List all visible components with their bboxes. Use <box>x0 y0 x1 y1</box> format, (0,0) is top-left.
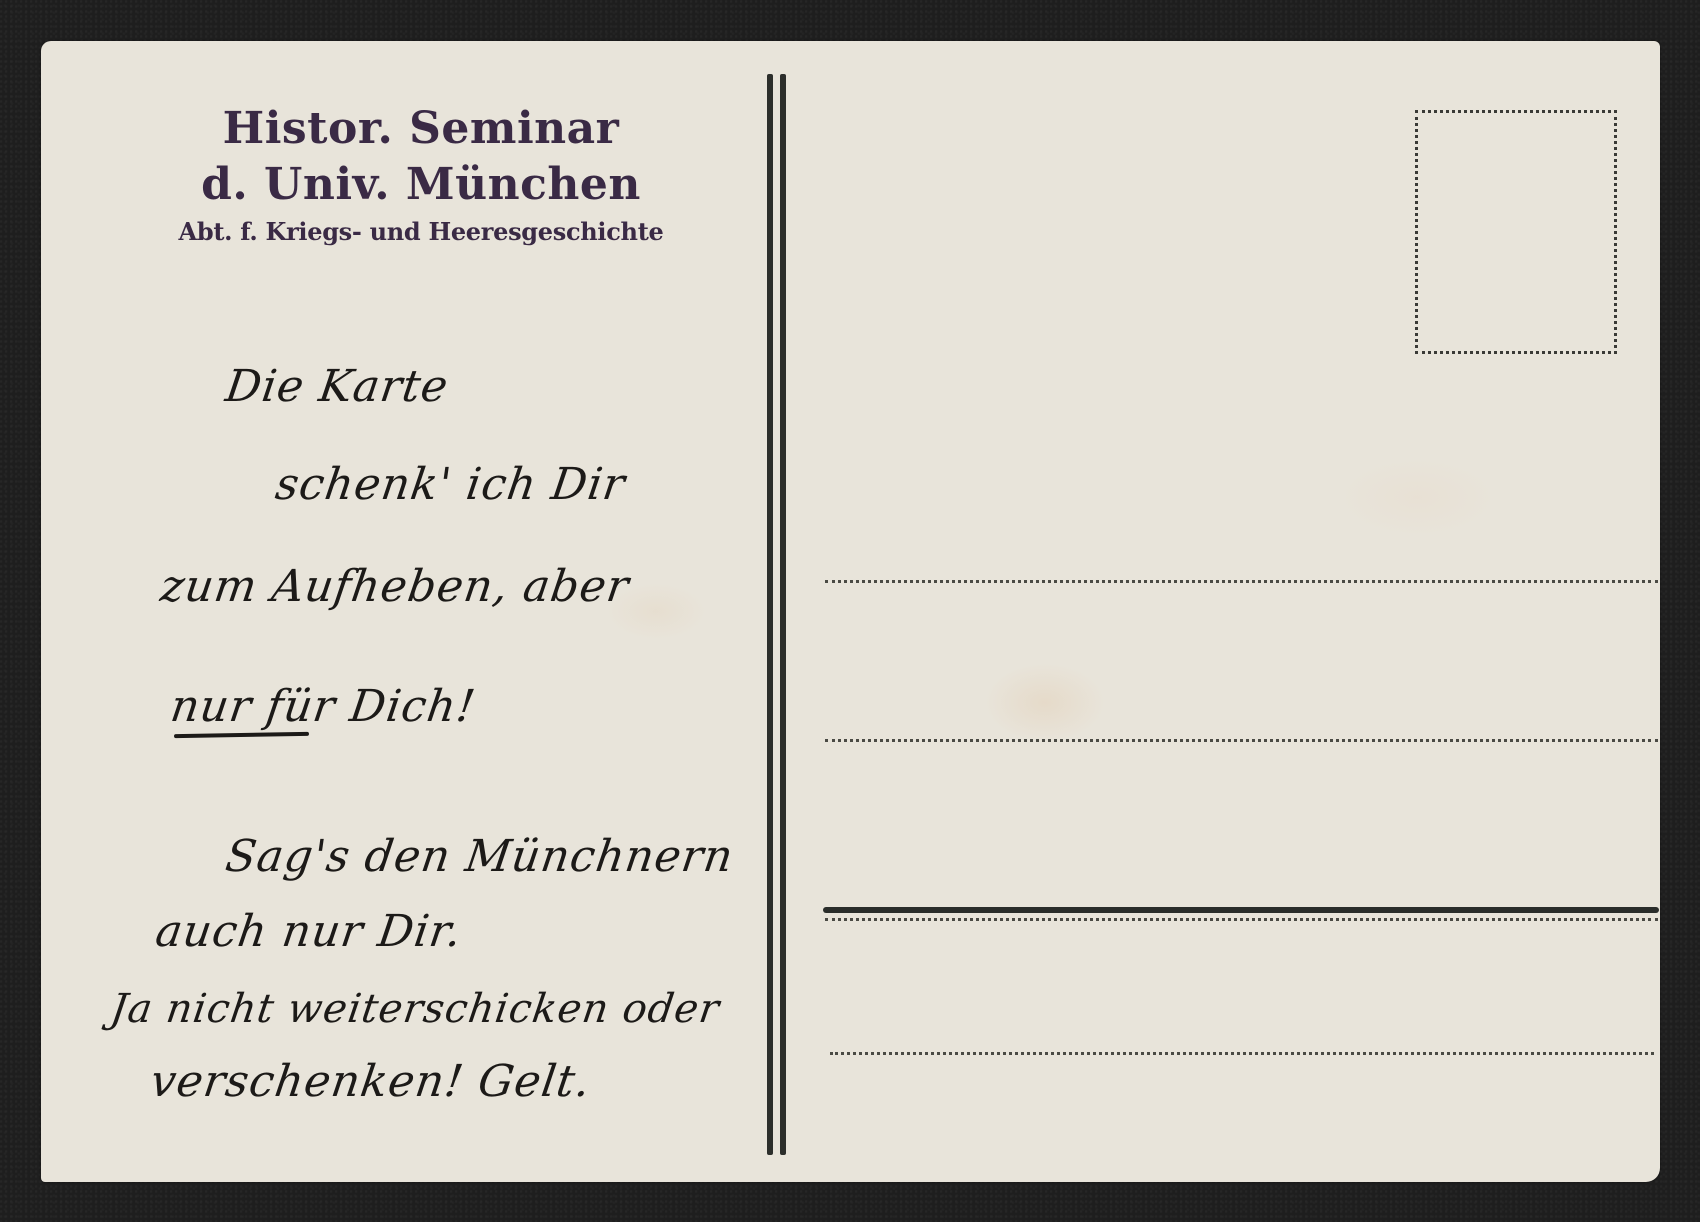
postcard: Histor. Seminar d. Univ. München Abt. f.… <box>41 41 1660 1182</box>
message-line: Die Karte <box>222 361 451 412</box>
underline-stroke <box>174 732 309 738</box>
message-line: verschenken! Gelt. <box>147 1056 594 1107</box>
stamp-box <box>1415 110 1617 354</box>
divider-line-right <box>780 74 786 1155</box>
handwritten-message: Die Karte schenk' ich Dir zum Aufheben, … <box>41 41 781 1182</box>
address-line-4 <box>830 1052 1654 1055</box>
message-line-emphasis: nur für Dich! <box>167 681 479 732</box>
message-line: schenk' ich Dir <box>272 459 628 510</box>
address-line-3-thick <box>823 907 1659 913</box>
address-line-1 <box>825 580 1658 583</box>
message-line: Sag's den Münchnern <box>222 831 736 882</box>
message-line: auch nur Dir. <box>152 906 465 957</box>
message-line: Ja nicht weiterschicken oder <box>108 986 723 1032</box>
divider-line-left <box>767 74 773 1155</box>
message-line: zum Aufheben, aber <box>157 561 632 612</box>
address-line-2 <box>825 739 1658 742</box>
address-line-3-dotted <box>825 918 1658 921</box>
